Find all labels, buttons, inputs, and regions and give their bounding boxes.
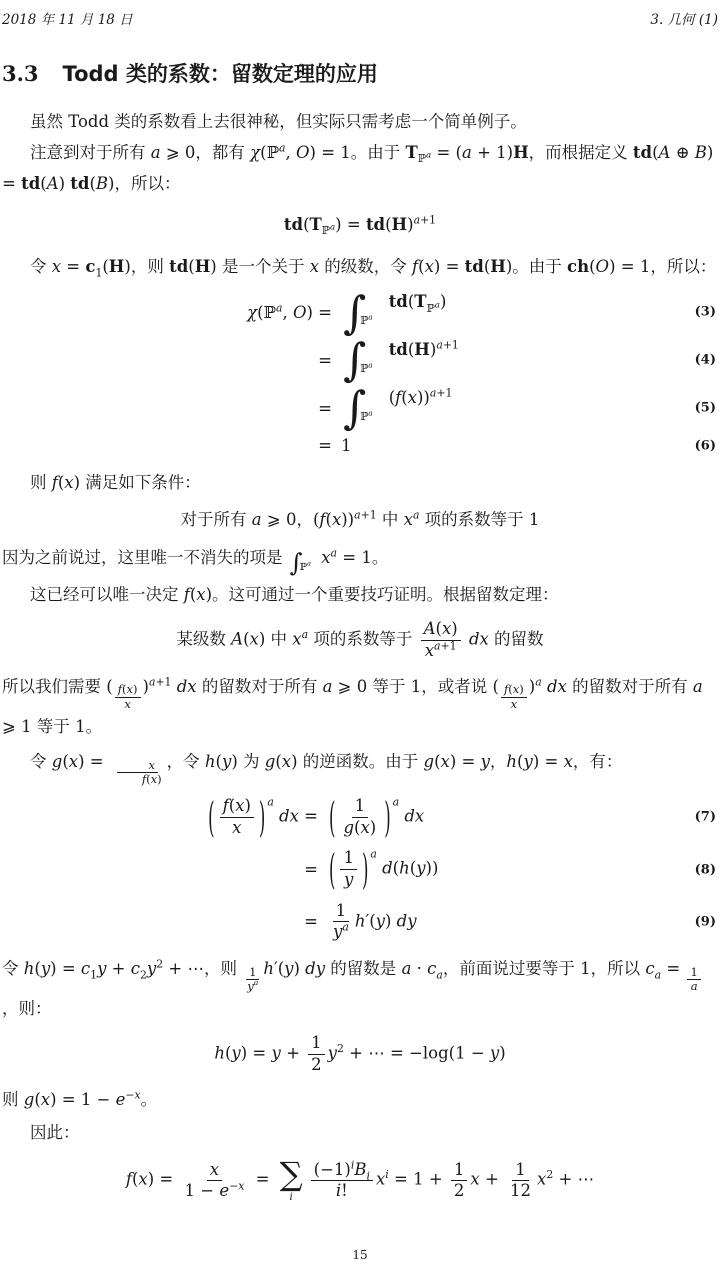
math-variable: h: [506, 752, 517, 771]
fraction: A(x)xa+1: [421, 619, 461, 661]
math-bold: T: [310, 215, 322, 234]
math-variable: c: [645, 959, 654, 978]
equation-row-3: χ(ℙa, O) = ∫ℙatd(Tℙa) (3): [2, 292, 718, 332]
math-variable: a: [330, 223, 335, 233]
math-variable: dy: [305, 959, 325, 978]
equation-group-7-9: (f(x)x)a dx = (1g(x))a dx (7) = (1y)a d(…: [2, 796, 718, 943]
math-variable: y: [328, 1044, 337, 1063]
math-bold: td: [389, 292, 408, 311]
open-paren: (: [327, 846, 337, 894]
math-variable: x: [442, 619, 451, 638]
math-bold: td: [21, 174, 40, 193]
math-variable: y: [222, 752, 231, 771]
equation-rhs: (1g(x))a dx: [327, 796, 718, 838]
math-variable: x: [441, 752, 450, 771]
superscript: −x: [229, 1180, 244, 1193]
math-variable: f: [142, 772, 146, 786]
math-variable: A: [47, 174, 59, 193]
fraction: (−1)iBii!: [311, 1160, 373, 1202]
equation-number-7: (7): [695, 810, 716, 825]
math-run: ∫ℙa xa = 1: [288, 548, 372, 567]
math-variable: x: [470, 1170, 479, 1189]
math-variable: h: [263, 959, 274, 978]
math-variable: a: [254, 978, 259, 987]
parens-content: f(x)x: [217, 796, 257, 838]
display-residue-theorem: 某级数 A(x) 中 xa 项的系数等于 A(x)xa+1 dx 的留数: [2, 619, 718, 661]
math-variable: x: [232, 818, 241, 837]
math-variable: x: [511, 697, 518, 711]
superscript: a: [331, 547, 337, 560]
fraction-numerator: f(x): [501, 683, 527, 697]
fraction: 12: [308, 1033, 325, 1075]
math-variable: y: [41, 959, 50, 978]
math-variable: a: [267, 795, 273, 808]
math-bold: td: [633, 143, 652, 162]
superscript: a+1: [354, 509, 377, 522]
equation-row-5: = ∫ℙa(f(x))a+1 (5): [2, 388, 718, 428]
superscript: 2: [156, 957, 163, 970]
equation-number-6: (6): [695, 438, 716, 453]
paragraph-condition-intro: 则 f(x) 满足如下条件：: [2, 467, 718, 498]
fraction-numerator: (−1)iBi: [311, 1160, 373, 1182]
equation-td-tangent: td(Tℙa) = td(H)a+1: [2, 214, 718, 236]
math-run: (f(x)x)a+1 dx: [106, 677, 196, 696]
subscript: ℙa: [322, 224, 335, 237]
math-variable: h: [355, 911, 366, 930]
math-run: f(x) = td(H): [412, 257, 512, 276]
math-run: 1yah′(y) dy: [242, 959, 325, 978]
math-variable: x: [332, 510, 341, 529]
fraction-numerator: 1: [333, 901, 350, 923]
math-variable: i: [385, 1169, 388, 1182]
page-number: 15: [0, 1248, 720, 1262]
display-condition: 对于所有 a ⩾ 0，(f(x))a+1 中 xa 项的系数等于 1: [2, 509, 718, 531]
math-variable: χ: [250, 143, 260, 162]
math-variable: a: [252, 510, 262, 529]
equation-lhs: =: [2, 860, 318, 879]
fraction: f(x)x: [501, 683, 527, 711]
math-variable: a: [279, 142, 285, 155]
display-f-series: f(x) = x1 − e−x = ∑i(−1)iBii!xi = 1 + 12…: [2, 1158, 718, 1202]
subscript: a: [436, 968, 442, 981]
equation-group-3-6: χ(ℙa, O) = ∫ℙatd(Tℙa) (3) = ∫ℙatd(H)a+1 …: [2, 292, 718, 455]
math-variable: y: [333, 922, 342, 941]
fraction-denominator: 2: [308, 1055, 325, 1076]
math-bold: td: [465, 257, 484, 276]
math-variable: x: [52, 257, 61, 276]
math-variable: a: [434, 640, 440, 653]
sigma-sign-icon: ∑: [280, 1158, 303, 1190]
paragraph-because: 因为之前说过，这里唯一不消失的项是 ∫ℙa xa = 1。: [2, 542, 718, 576]
math-bold: td: [70, 174, 89, 193]
integral-lower-limit: ℙa: [360, 362, 372, 375]
math-run: a ⩾ 0: [323, 677, 368, 696]
math-variable: a: [368, 408, 372, 417]
math-variable: f: [319, 510, 325, 529]
math-variable: A: [659, 143, 671, 162]
fraction: f(x)x: [220, 796, 254, 838]
superscript: a: [370, 848, 376, 861]
math-variable: i: [366, 1169, 369, 1182]
paragraph-let-x: 令 x = c1(H)，则 td(H) 是一个关于 x 的级数，令 f(x) =…: [2, 251, 718, 282]
math-variable: y: [523, 752, 532, 771]
math-variable: y: [97, 959, 106, 978]
superscript: 2: [546, 1169, 553, 1182]
equation-rhs: (1y)a d(h(y)): [327, 848, 718, 890]
integral: ∫ℙa: [290, 542, 314, 576]
math-variable: a: [323, 677, 333, 696]
math-variable: a: [426, 151, 431, 161]
superscript: a: [368, 408, 372, 417]
big-parentheses: (1g(x)): [327, 796, 393, 838]
equation-row-6: = 1 (6): [2, 436, 718, 455]
math-run: (f(x)x)a dx: [493, 677, 567, 696]
subscript: a: [655, 968, 661, 981]
fraction: 1ya: [330, 901, 352, 943]
math-run: Tℙa = (a + 1)H: [406, 143, 529, 162]
fraction-denominator: 2: [451, 1181, 468, 1202]
math-variable: x: [282, 752, 291, 771]
parens-content: 1y: [337, 848, 360, 890]
math-run: ca = 1a: [645, 959, 702, 978]
math-variable: f: [223, 796, 229, 815]
equation-lhs: (f(x)x)a dx =: [2, 796, 318, 838]
math-variable: y: [284, 959, 293, 978]
subscript: 1: [95, 267, 102, 280]
fraction-numerator: x: [207, 1160, 222, 1182]
superscript: a: [330, 223, 335, 233]
math-variable: h: [205, 752, 216, 771]
math-variable: x: [513, 682, 520, 696]
math-bold: T: [406, 143, 418, 162]
parens-content: 1g(x): [337, 796, 382, 838]
fraction-denominator: ya: [330, 922, 352, 943]
math-variable: a: [435, 300, 440, 310]
fraction-denominator: ya: [244, 980, 261, 993]
math-run: g(x) = y: [424, 752, 490, 771]
math-variable: χ: [247, 303, 257, 322]
fraction: 1y: [340, 848, 357, 890]
math-variable: dx: [469, 630, 489, 649]
math-bold: td: [389, 340, 408, 359]
math-variable: x: [310, 257, 319, 276]
math-variable: y: [376, 911, 385, 930]
page-header: 2018 年 11 月 18 日 3. 几何 (1): [2, 8, 718, 28]
math-variable: a: [436, 968, 442, 981]
math-variable: x: [238, 1180, 244, 1193]
math-variable: x: [408, 388, 417, 407]
math-variable: a: [430, 387, 436, 400]
math-variable: x: [41, 1090, 50, 1109]
subscript: 2: [140, 968, 147, 981]
superscript: 2: [337, 1042, 344, 1055]
math-variable: dx: [177, 677, 197, 696]
superscript: a: [393, 795, 399, 808]
equation-number-5: (5): [695, 401, 716, 416]
math-variable: y: [272, 1044, 281, 1063]
equation-number-8: (8): [695, 862, 716, 877]
math-variable: x: [321, 548, 330, 567]
superscript: i: [385, 1169, 388, 1182]
math-variable: x: [210, 1160, 219, 1179]
superscript: a: [254, 978, 259, 987]
math-variable: x: [138, 1170, 147, 1189]
subscript: i: [366, 1169, 369, 1182]
equation-number-3: (3): [695, 305, 716, 320]
math-variable: y: [147, 959, 156, 978]
math-variable: B: [695, 143, 707, 162]
math-variable: y: [416, 859, 425, 878]
superscript: a: [279, 142, 285, 155]
math-variable: f: [412, 257, 418, 276]
math-variable: y: [481, 752, 490, 771]
math-variable: a: [402, 959, 412, 978]
equation-rhs: 1yah′(y) dy: [327, 901, 718, 943]
fraction: 1a: [687, 966, 700, 994]
math-variable: x: [151, 772, 158, 786]
math-variable: f: [395, 388, 401, 407]
equation-lhs: =: [2, 436, 332, 455]
math-run: a ⩾ 0: [151, 143, 196, 162]
math-variable: a: [413, 509, 419, 522]
math-variable: g: [424, 752, 435, 771]
math-variable: g: [24, 1090, 35, 1109]
math-variable: i: [336, 1181, 341, 1200]
math-variable: a: [693, 677, 703, 696]
math-script-letter: O: [596, 257, 610, 276]
fraction-numerator: 1: [308, 1033, 325, 1055]
math-run: 1: [411, 677, 422, 696]
math-variable: i: [290, 1192, 293, 1203]
summation: ∑i: [280, 1158, 303, 1202]
math-variable: a: [149, 675, 155, 688]
math-variable: dy: [397, 911, 417, 930]
math-variable: d: [382, 859, 393, 878]
superscript: a+1: [430, 387, 453, 400]
fraction-numerator: 1: [451, 1160, 468, 1182]
close-paren: ): [257, 794, 267, 842]
math-variable: y: [344, 870, 353, 889]
paragraph-note: 注意到对于所有 a ⩾ 0，都有 χ(ℙa, O) = 1。由于 Tℙa = (…: [2, 137, 718, 199]
superscript: a: [368, 360, 372, 369]
math-variable: a: [307, 560, 311, 568]
math-bold: H: [109, 257, 125, 276]
superscript: a+1: [149, 675, 172, 688]
integral: ∫ℙa: [343, 340, 379, 380]
document-page: 2018 年 11 月 18 日 3. 几何 (1) 3.3 Todd 类的系数…: [0, 0, 720, 1267]
math-variable: a: [368, 360, 372, 369]
equation-row-7: (f(x)x)a dx = (1g(x))a dx (7): [2, 796, 718, 838]
math-variable: x: [196, 585, 205, 604]
paragraph-so-we-need: 所以我们需要 (f(x)x)a+1 dx 的留数对于所有 a ⩾ 0 等于 1，…: [2, 671, 718, 742]
math-variable: x: [404, 510, 413, 529]
fraction: 112: [507, 1160, 534, 1202]
math-variable: e: [219, 1181, 229, 1200]
fraction: f(x)x: [115, 683, 141, 711]
fraction-denominator: 1 − e−x: [182, 1181, 248, 1202]
math-variable: g: [265, 752, 276, 771]
math-variable: A: [231, 630, 243, 649]
math-variable: x: [235, 796, 244, 815]
math-variable: a: [414, 214, 420, 227]
math-bold: td: [366, 215, 385, 234]
math-variable: e: [116, 1090, 126, 1109]
math-run: 1: [580, 959, 591, 978]
fraction-numerator: 1: [352, 796, 369, 818]
superscript: a: [267, 795, 273, 808]
math-variable: dx: [279, 807, 299, 826]
superscript: a: [276, 301, 282, 314]
paragraph-therefore: 因此：: [2, 1117, 718, 1148]
math-variable: B: [96, 174, 108, 193]
math-bold: H: [513, 143, 529, 162]
integral-lower-limit: ℙa: [360, 314, 372, 327]
fraction-denominator: 12: [507, 1181, 534, 1202]
fraction-numerator: 1: [687, 966, 700, 980]
math-variable: f: [184, 585, 190, 604]
math-variable: x: [376, 1170, 385, 1189]
math-variable: x: [250, 630, 259, 649]
fraction-denominator: i!: [333, 1181, 351, 1202]
math-variable: x: [126, 682, 133, 696]
math-bold: H: [490, 257, 506, 276]
math-bold: c: [85, 257, 95, 276]
superscript: a: [413, 509, 419, 522]
math-variable: a: [368, 312, 372, 321]
math-variable: x: [425, 257, 434, 276]
math-bold: td: [169, 257, 188, 276]
fraction-numerator: f(x): [115, 683, 141, 697]
paragraph-intro: 虽然 Todd 类的系数看上去很神秘，但实际只需考虑一个简单例子。: [2, 106, 718, 137]
equation-number-4: (4): [695, 353, 716, 368]
math-variable: x: [148, 758, 155, 772]
superscript: a: [368, 312, 372, 321]
equation-rhs: 1: [341, 436, 718, 455]
math-variable: c: [81, 959, 90, 978]
math-variable: a: [342, 921, 348, 934]
equation-rhs: ∫ℙatd(H)a+1: [341, 340, 718, 380]
math-variable: x: [64, 473, 73, 492]
section-number: 3.3: [2, 61, 39, 86]
math-bold: T: [414, 292, 426, 311]
integral-lower-limit: ℙa: [300, 552, 311, 583]
subscript: ℙa: [427, 302, 440, 315]
paragraph-unique: 这已经可以唯一决定 f(x)。这可通过一个重要技巧证明。根据留数定理：: [2, 579, 718, 610]
math-variable: a: [655, 968, 661, 981]
math-variable: a: [535, 675, 541, 688]
fraction-denominator: y: [341, 870, 356, 891]
fraction-denominator: x: [121, 698, 134, 711]
fraction-denominator: a: [688, 980, 701, 993]
math-variable: a: [436, 339, 442, 352]
superscript: a: [426, 151, 431, 161]
fraction-denominator: xa+1: [422, 641, 460, 662]
math-variable: a: [354, 509, 360, 522]
big-parentheses: (f(x)x): [206, 796, 267, 838]
math-variable: x: [360, 818, 369, 837]
math-variable: a: [393, 795, 399, 808]
math-run: g(x) = 1 − e−x: [24, 1090, 141, 1109]
integral-lower-limit: ℙa: [360, 410, 372, 423]
math-variable: h: [399, 859, 410, 878]
math-variable: x: [537, 1170, 546, 1189]
math-variable: x: [564, 752, 573, 771]
equation-lhs: =: [2, 399, 332, 418]
math-bold: td: [284, 215, 303, 234]
section-heading: 3.3 Todd 类的系数：留数定理的应用: [2, 61, 718, 87]
math-bold: H: [392, 215, 408, 234]
math-variable: a: [151, 143, 161, 162]
header-date: 2018 年 11 月 18 日: [2, 8, 133, 28]
math-variable: a: [302, 629, 308, 642]
superscript: a: [435, 300, 440, 310]
fraction-numerator: f(x): [220, 796, 254, 818]
equation-row-9: = 1yah′(y) dy (9): [2, 901, 718, 943]
big-parentheses: (1y): [327, 848, 370, 890]
math-run: x = c1(H): [52, 257, 131, 276]
math-variable: x: [135, 1089, 141, 1102]
math-bold: H: [414, 340, 430, 359]
math-run: a · ca: [402, 959, 443, 978]
paragraph-let-h: 令 h(y) = c1y + c2y2 + ⋯，则 1yah′(y) dy 的留…: [2, 953, 718, 1024]
fraction-numerator: 1: [512, 1160, 529, 1182]
equation-number-9: (9): [695, 914, 716, 929]
fraction: x1 − e−x: [182, 1160, 248, 1202]
math-variable: y: [490, 1044, 499, 1063]
superscript: a: [302, 629, 308, 642]
math-variable: B: [354, 1160, 366, 1179]
math-variable: g: [343, 818, 354, 837]
equation-row-8: = (1y)a d(h(y)) (8): [2, 848, 718, 890]
equation-lhs: χ(ℙa, O) =: [2, 303, 332, 322]
math-run: f(x): [184, 585, 212, 604]
integral: ∫ℙa: [343, 388, 379, 428]
fraction-numerator: A(x): [421, 619, 461, 641]
integral: ∫ℙa: [343, 292, 379, 332]
math-variable: f: [118, 682, 122, 696]
math-variable: f: [504, 682, 508, 696]
open-paren: (: [206, 794, 216, 842]
math-variable: h: [214, 1044, 225, 1063]
math-run: ch(O) = 1: [567, 257, 650, 276]
summation-index: i: [290, 1193, 293, 1203]
math-variable: y: [231, 1044, 240, 1063]
paragraph-let-g: 令 g(x) = xf(x)，令 h(y) 为 g(x) 的逆函数。由于 g(x…: [2, 746, 718, 786]
math-bold: H: [195, 257, 211, 276]
superscript: a: [307, 560, 311, 568]
math-variable: a: [331, 547, 337, 560]
math-script-letter: O: [296, 143, 310, 162]
math-variable: g: [52, 752, 63, 771]
math-variable: a: [276, 301, 282, 314]
equation-row-4: = ∫ℙatd(H)a+1 (4): [2, 340, 718, 380]
math-variable: f: [126, 1170, 132, 1189]
math-run: g(x) = xf(x): [52, 752, 167, 771]
display-h-series: h(y) = y + 12y2 + ⋯ = −log(1 − y): [2, 1033, 718, 1075]
superscript: a+1: [436, 339, 459, 352]
math-variable: x: [425, 641, 434, 660]
math-variable: x: [69, 752, 78, 771]
equation-lhs: =: [2, 351, 332, 370]
fraction: 1g(x): [340, 796, 379, 838]
paragraph-then-g: 则 g(x) = 1 − e−x。: [2, 1084, 718, 1115]
math-variable: h: [24, 959, 35, 978]
math-run: 1: [75, 717, 86, 736]
math-variable: a: [370, 848, 376, 861]
superscript: a: [535, 675, 541, 688]
open-paren: (: [327, 794, 337, 842]
math-run: x: [310, 257, 319, 276]
